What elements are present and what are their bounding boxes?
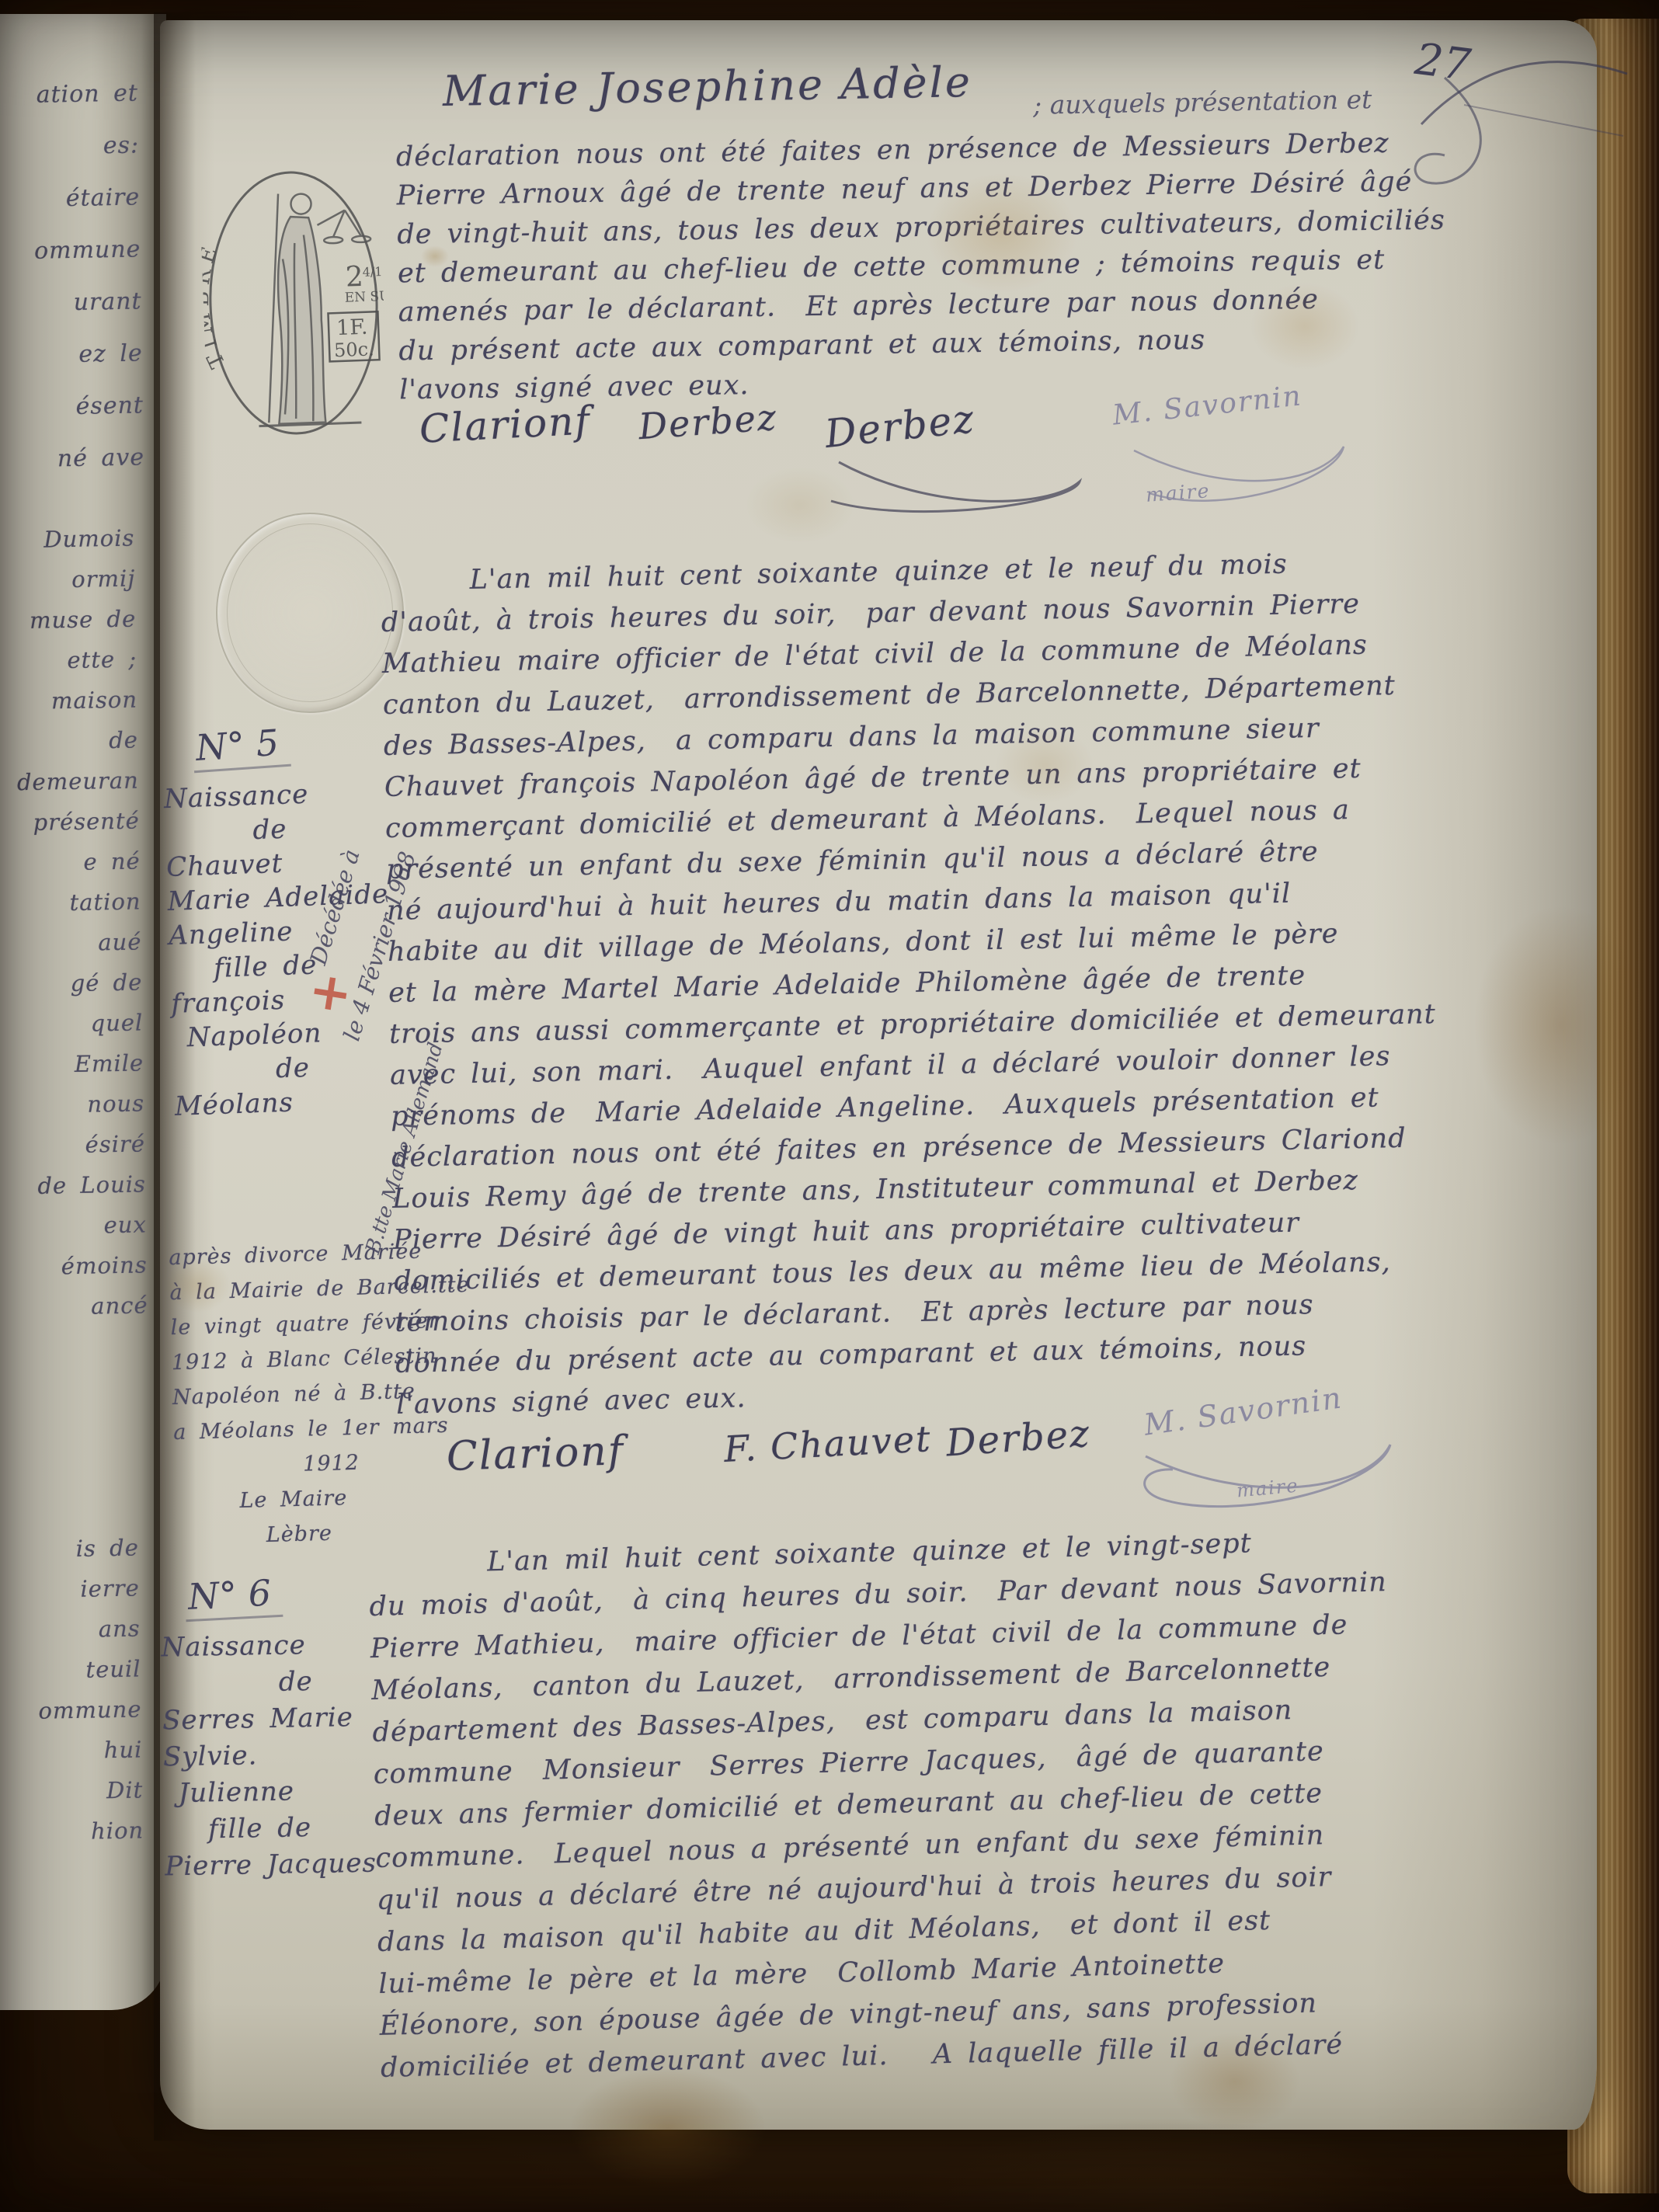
text-fragment: ésiré [4,1123,146,1166]
text-fragment: étaire [0,171,141,225]
text-fragment: e né [0,840,141,883]
text-fragment: tation [0,881,141,923]
text-fragment: ommune [0,223,141,277]
margin-text-line: de [162,1663,374,1703]
text-fragment: teuil [0,1648,141,1691]
text-fragment: muse de [0,599,137,642]
page-number: 27 [1412,34,1473,91]
text-fragment: ez le [1,327,143,381]
svg-text:2: 2 [345,261,363,294]
signature-witness: Clarionf [419,398,592,451]
text-fragment: présenté [0,800,140,843]
text-fragment: gé de [1,962,143,1004]
text-fragment: ancé [6,1285,148,1327]
margin-text-line: Sylvie. [163,1736,375,1776]
text-fragment: es: [0,119,140,173]
text-fragment: aué [0,921,142,964]
act5-margin-number: N° 5 [191,721,291,774]
margin-text-line: Julienne [163,1772,375,1813]
timbre-stamp-icon: TIMBRE 2 4/10 EN SUS 1F. 50c. [199,162,388,445]
stamp-values: 2 4/10 EN SUS 1F. 50c. [326,259,388,361]
text-fragment: ans [0,1608,141,1650]
text-fragment: demeuran [0,760,139,802]
embossed-seal-ring [227,523,393,702]
text-fragment: ation et [0,67,138,121]
registry-book-photo: ation etes:étaireommuneurantez leésentné… [0,0,1659,2212]
text-fragment: de Louis [4,1163,146,1206]
text-fragment: Dumois [0,518,135,561]
text-fragment: ette ; [0,639,137,682]
svg-text:50c.: 50c. [334,338,375,361]
act-prev-title-continuation: ; auxquels présentation et [1033,84,1372,120]
previous-page-fragments-top: ation etes:étaireommuneurantez leésentné… [0,67,148,485]
text-fragment: nous [3,1083,145,1125]
signature-witness: Clarionf [446,1428,625,1480]
margin-text-line: Serres Marie [162,1699,374,1740]
margin-text-line: Naissance [161,1626,373,1667]
text-fragment: urant [0,275,142,329]
act5-body: L'an mil huit cent soixante quinze et le… [380,541,1443,1426]
text-fragment: is de [0,1527,139,1570]
text-fragment: maison [0,679,137,722]
text-fragment: eux [5,1204,147,1247]
text-fragment: ierre [0,1567,140,1610]
text-fragment: ormij [0,558,136,601]
text-fragment: Dit [2,1769,144,1812]
text-fragment: de [0,719,138,762]
previous-page-fragments-bottom: is deierreansteuilommunehuiDithion [0,1527,148,1852]
act6-margin-number: N° 6 [184,1571,283,1622]
act5-margin-notes: Naissance deChauvetMarie AdelaideAngelin… [163,774,396,1124]
act-prev-child-name: Marie Josephine Adèle [443,57,973,116]
text-fragment: émoins [5,1244,148,1287]
embossed-seal [216,513,404,713]
margin-text-line: fille de [164,1809,376,1849]
text-fragment: ésent [2,379,144,433]
act6-margin-notes: Naissance deSerres MarieSylvie. Julienne… [161,1626,377,1886]
text-fragment: Emile [2,1042,144,1085]
signature-mayor-title: maire [1145,479,1211,506]
text-fragment: hui [1,1729,143,1772]
svg-text:1F.: 1F. [336,315,368,340]
text-fragment: hion [2,1810,144,1852]
text-fragment: quel [2,1002,144,1045]
svg-text:EN SUS: EN SUS [344,288,388,305]
text-fragment: ommune [0,1689,142,1731]
act6-body: L'an mil huit cent soixante quinze et le… [368,1519,1399,2089]
act-prev-body: déclaration nous ont été faites en prése… [396,123,1448,410]
margin-text-line: Pierre Jacques [165,1845,377,1886]
text-fragment: né ave [3,431,145,485]
previous-page-fragments-middle: Dumoisormijmuse deette ;maisondedemeuran… [0,517,151,1327]
